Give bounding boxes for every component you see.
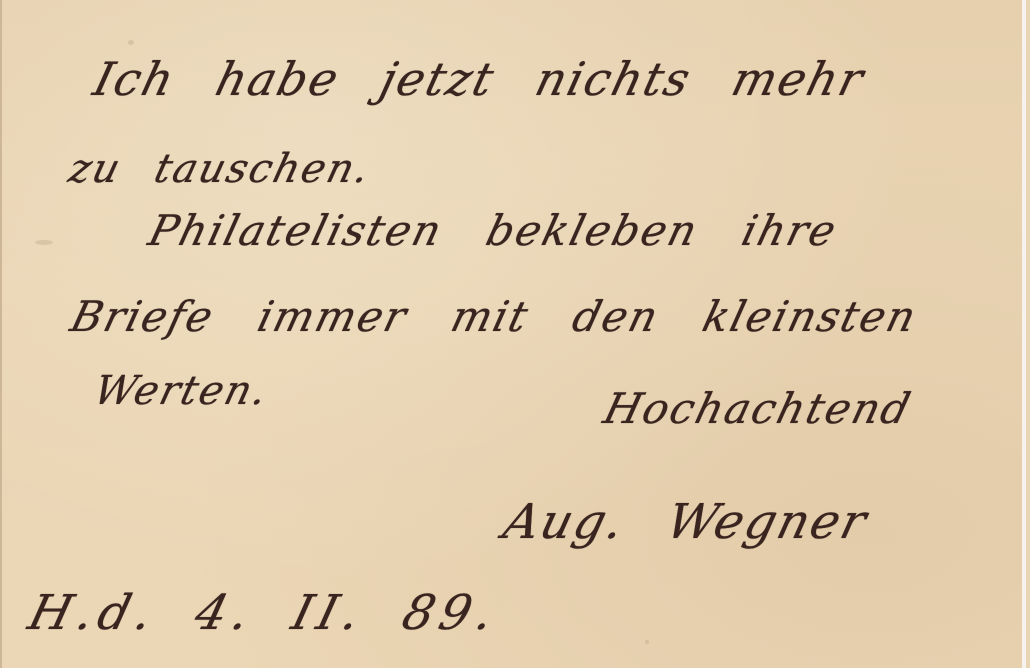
signature: Aug. Wegner — [498, 494, 874, 550]
paper-spot — [35, 240, 53, 245]
date-place: H.d. 4. II. 89. — [23, 585, 505, 641]
body-line-4: Briefe immer mit den kleinsten — [66, 292, 923, 341]
body-line-2: zu tauschen. — [64, 146, 376, 192]
postcard: Ich habe jetzt nichts mehr zu tauschen. … — [0, 0, 1026, 668]
scan-border — [1022, 0, 1026, 668]
body-line-1: Ich habe jetzt nichts mehr — [88, 52, 870, 106]
paper-spot — [645, 640, 649, 644]
body-line-3: Philatelisten bekleben ihre — [144, 206, 843, 255]
body-line-5: Werten. — [89, 368, 273, 414]
card-left-edge — [0, 0, 2, 668]
paper-spot — [128, 40, 134, 45]
closing: Hochachtend — [599, 384, 917, 433]
